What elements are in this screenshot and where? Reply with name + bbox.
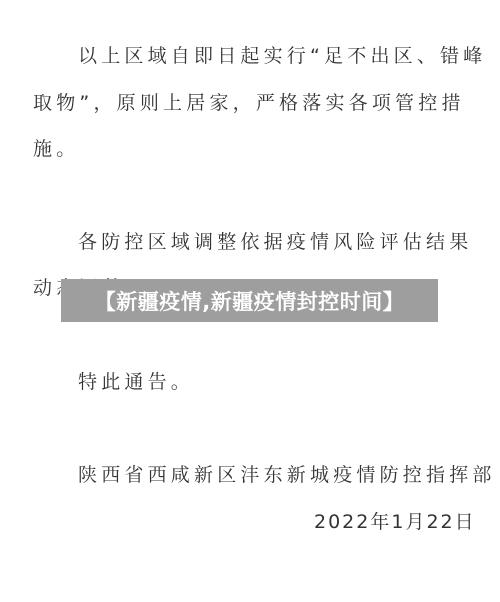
paragraph-3-line-1: 特此通告。 (78, 370, 194, 394)
issuer-signature: 陕西省西咸新区沣东新城疫情防控指挥部 (78, 463, 496, 487)
title-overlay-banner: 【新疆疫情,新疆疫情封控时间】 (61, 279, 438, 322)
paragraph-1-line-2: 取物”，原则上居家，严格落实各项管控措 (33, 91, 465, 115)
paragraph-1-line-1: 以上区域自即日起实行“足不出区、错峰 (78, 44, 486, 68)
banner-title: 【新疆疫情,新疆疫情封控时间】 (95, 286, 404, 316)
paragraph-1-line-3: 施。 (33, 137, 79, 161)
paragraph-2-line-1: 各防控区域调整依据疫情风险评估结果 (78, 230, 472, 254)
issue-date: 2022年1月22日 (314, 510, 476, 534)
